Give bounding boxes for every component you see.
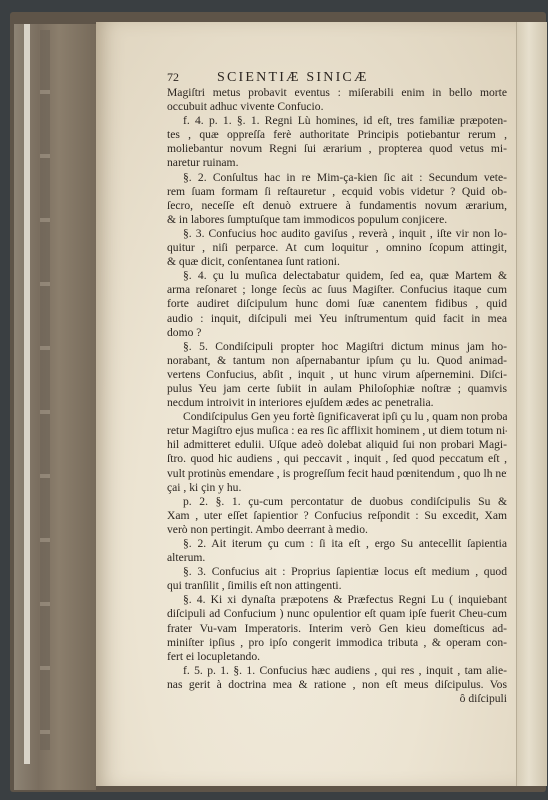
text-line: forte audiret diſcipulum hunc domi ſuæ c… (167, 297, 507, 311)
text-line: & in labores ſumptuſque tam immodicos po… (167, 213, 507, 227)
text-line: §. 4. Ki xi dynaſta præpotens & Præfectu… (167, 593, 507, 607)
text-line: Condiſcipulus Gen yeu fortè ſignificaver… (167, 410, 507, 424)
text-line: qui tranſilit , ſimilis eſt non attingen… (167, 579, 507, 593)
running-title: SCIENTIÆ SINICÆ (217, 71, 369, 85)
text-line: naretur ruinam. (167, 156, 507, 170)
text-line: miniſter ipſius , pro ipſo congerit immo… (167, 636, 507, 650)
text-line: moliebantur novum Regni ſui ærarium , pr… (167, 142, 507, 156)
text-line: arma reſonaret ; longe ſecùs ac ſuus Mag… (167, 283, 507, 297)
body-text: Magiſtri metus probavit eventus : miſera… (167, 86, 507, 692)
text-line: hil admitteret edulii. Uſque adeò doleba… (167, 438, 507, 452)
text-line: rem ſuam formam ſi reſtauretur , ecquid … (167, 185, 507, 199)
page-number: 72 (167, 70, 207, 84)
text-line: quitur , niſi perparce. At cum loquitur … (167, 241, 507, 255)
text-line: §. 2. Ait iterum çu cum : ſi ita eſt , e… (167, 537, 507, 551)
text-line: alterum. (167, 551, 507, 565)
text-line: verò non pertingit. Ambo deerrant à medi… (167, 523, 507, 537)
text-line: audio : inquit, diſcipuli mei Yeu inſtru… (167, 312, 507, 326)
text-line: fert ei locupletando. (167, 650, 507, 664)
text-line: ſecro, neceſſe eſt denuò extruere à fund… (167, 199, 507, 213)
text-line: vertens Confucius, abſit , inquit , ut h… (167, 368, 507, 382)
text-line: & quæ dicit, conſentanea ſunt rationi. (167, 255, 507, 269)
text-line: frater Vu-vam Imperatoris. Interim verò … (167, 622, 507, 636)
text-line: f. 5. p. 1. §. 1. Confucius hæc audiens … (167, 664, 507, 678)
text-line: §. 3. Confucius hoc audito gaviſus , rev… (167, 227, 507, 241)
text-line: f. 4. p. 1. §. 1. Regni Lù homines, id e… (167, 114, 507, 128)
text-line: §. 4. çu lu muſica delectabatur quidem, … (167, 269, 507, 283)
text-line: §. 2. Conſultus hac in re Mim-ça-kien ſi… (167, 171, 507, 185)
fore-edge-strip (24, 24, 30, 764)
text-line: §. 3. Confucius ait : Proprius ſapientiæ… (167, 565, 507, 579)
text-line: diſcipuli ad Confucium ) nunc opulentior… (167, 607, 507, 621)
page-text-block: 72 SCIENTIÆ SINICÆ Magiſtri metus probav… (167, 70, 507, 706)
catchword: ô diſcipuli (167, 692, 507, 706)
text-line: Xam , uter eſſet ſapientior ? Confucius … (167, 509, 507, 523)
text-line: necdum introivit in interiores ejuſdem æ… (167, 396, 507, 410)
page-header: 72 SCIENTIÆ SINICÆ (167, 70, 507, 86)
text-line: norabant, & tantum non aſpernabantur ipſ… (167, 354, 507, 368)
text-line: retur Magiſtro ejus muſica : ea res ſic … (167, 424, 507, 438)
text-line: p. 2. §. 1. çu-cum percontatur de duobus… (167, 495, 507, 509)
fore-edge-tabs (40, 30, 50, 750)
text-line: §. 5. Condiſcipuli propter hoc Magiſtri … (167, 340, 507, 354)
text-line: nas gerit à doctrina mea & ratione , non… (167, 678, 507, 692)
text-line: occubuit adhuc vivente Confucio. (167, 100, 507, 114)
text-line: tes , quæ oppreſſa ferè authoritate Prin… (167, 128, 507, 142)
text-line: vult protinùs emendare , is progreſſum f… (167, 467, 507, 481)
text-line: pulus Yeu jam certe ſubiit in aulam Phil… (167, 382, 507, 396)
text-line: Magiſtri metus probavit eventus : miſera… (167, 86, 507, 100)
text-line: ſtro. quod hic audiens , qui peccavit , … (167, 452, 507, 466)
text-line: çai , ki çin y hu. (167, 481, 507, 495)
text-line: domo ? (167, 326, 507, 340)
gutter-edge (516, 22, 547, 786)
